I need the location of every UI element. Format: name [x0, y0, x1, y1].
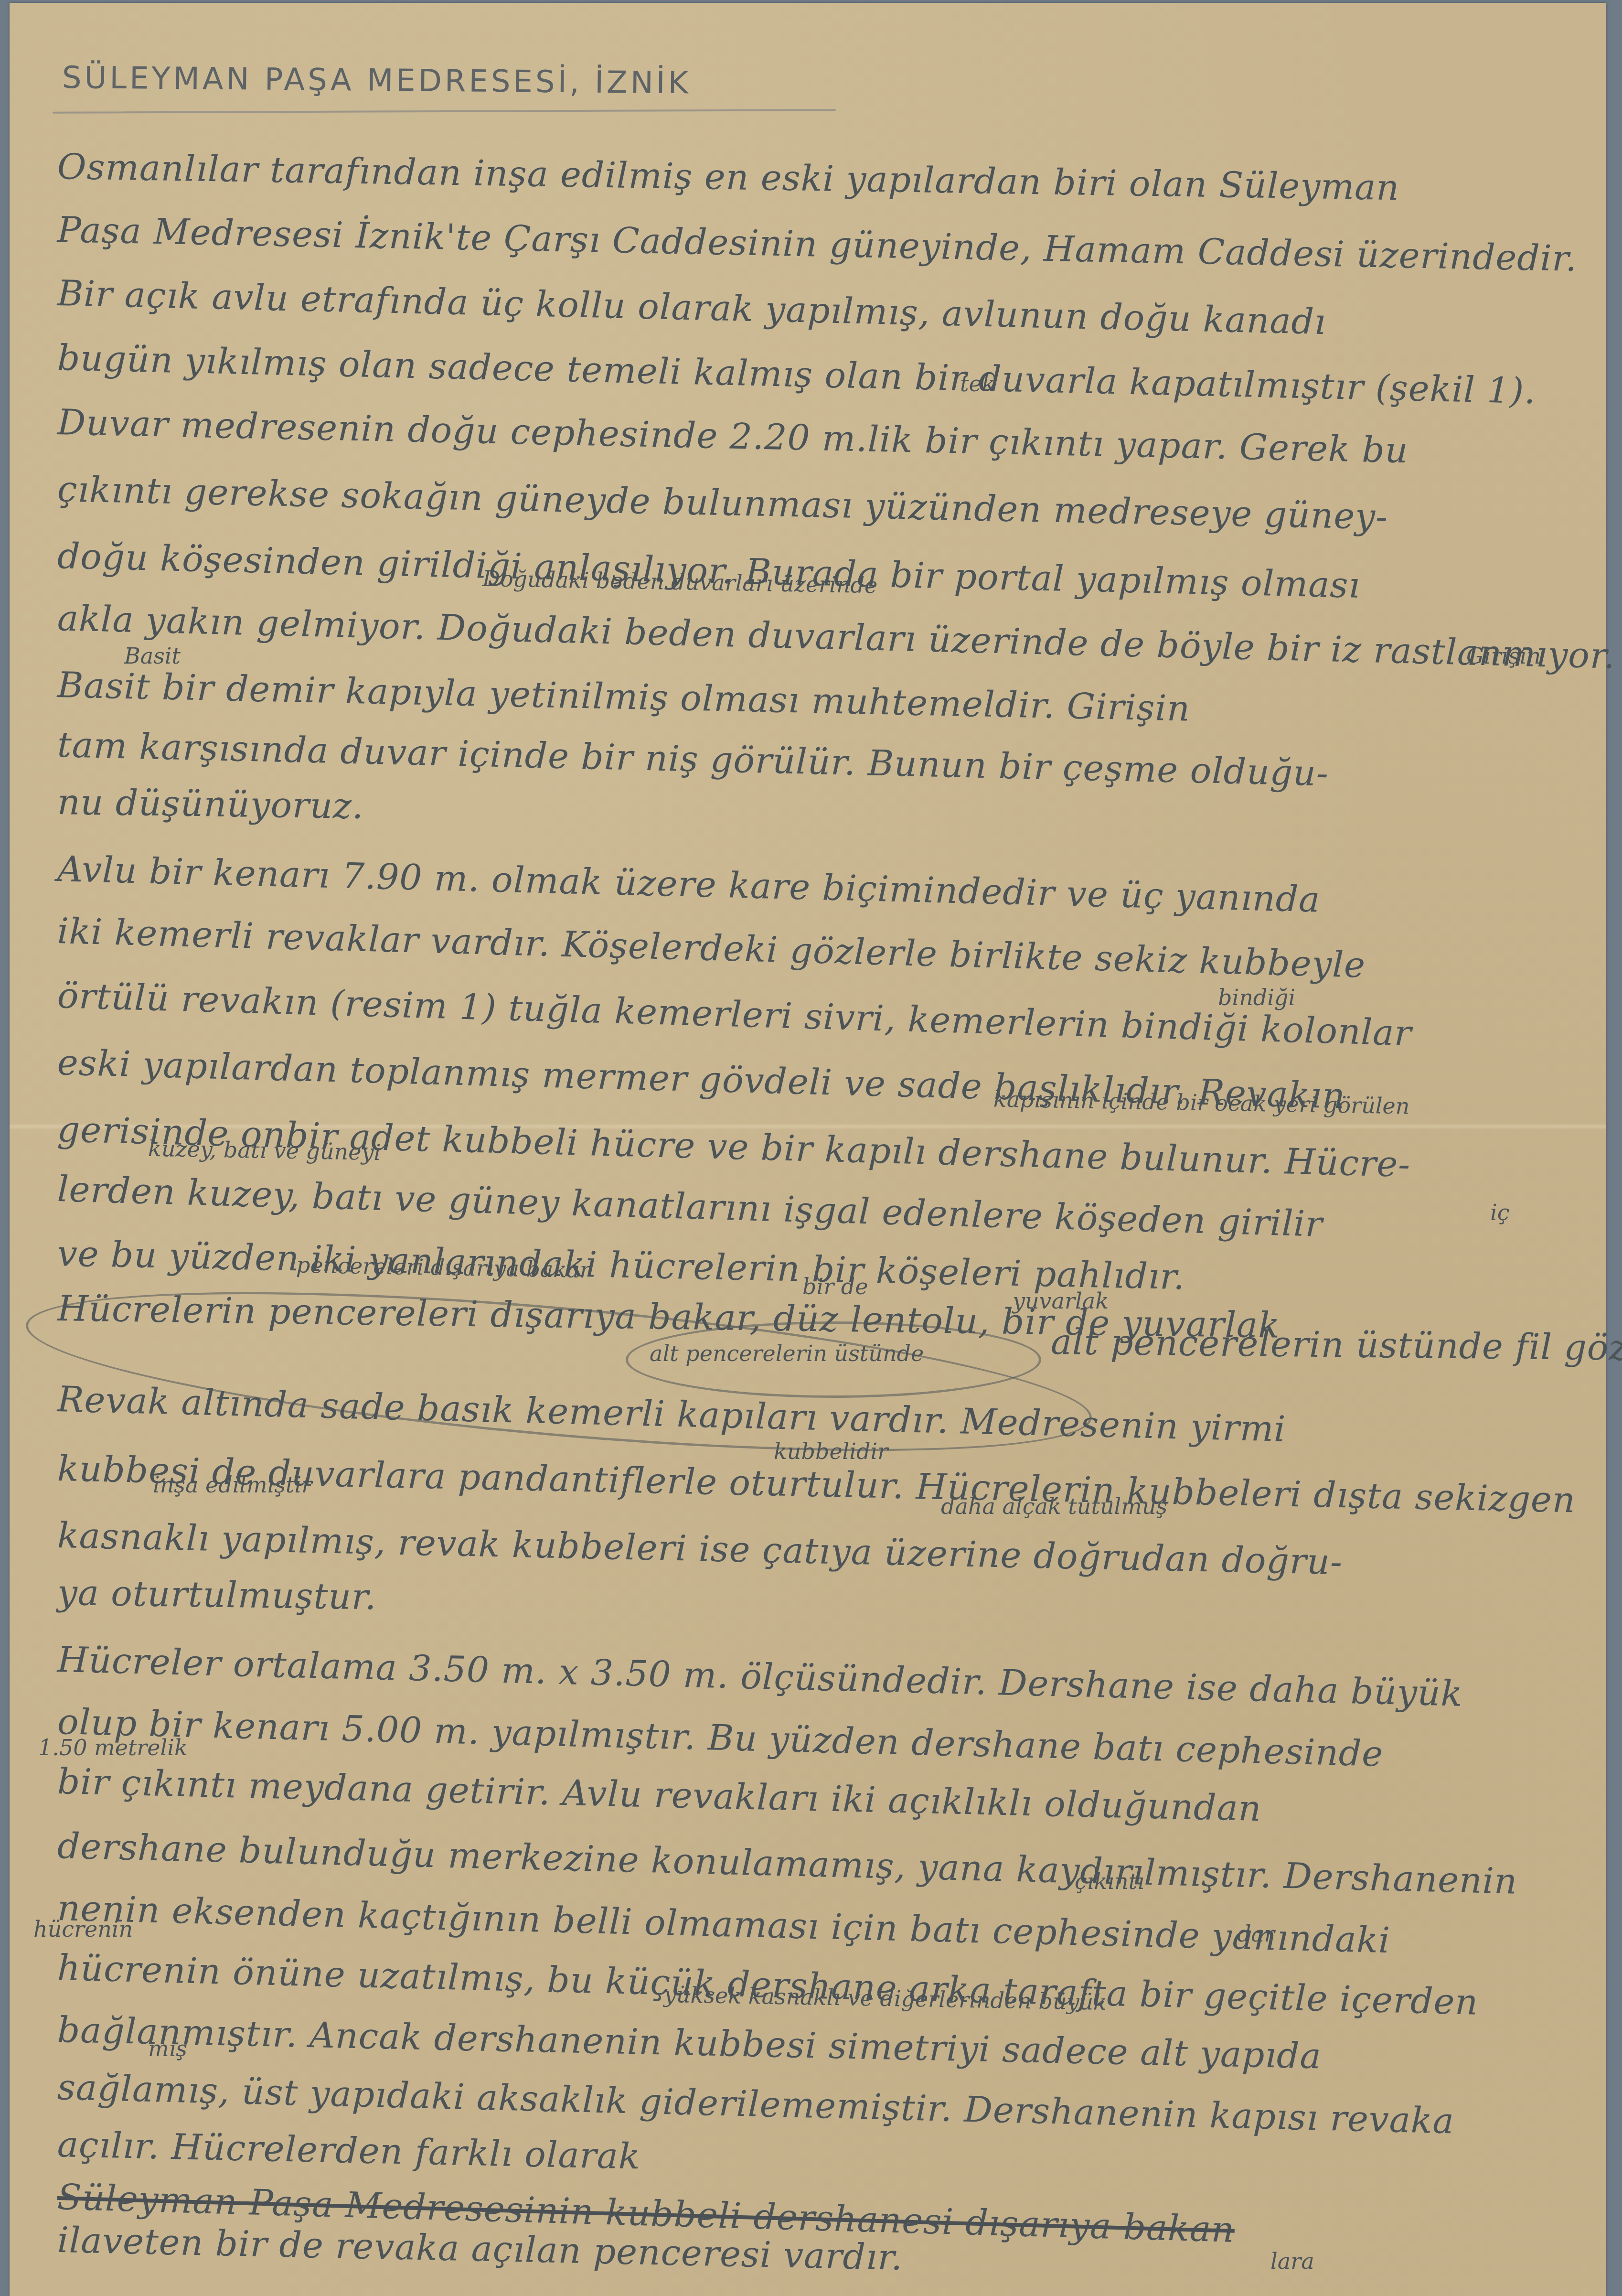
text-line: Osmanlılar tarafından inşa edilmiş en es… [57, 146, 1576, 211]
text-line: dershane bulunduğu merkezine konulamamış… [57, 1825, 1576, 1904]
insertion: daha alçak tutulmuş [941, 1493, 1167, 1519]
text-line: örtülü revakın (resim 1) tuğla kemerleri… [57, 975, 1576, 1059]
insertion: dar [1237, 1921, 1275, 1947]
insertion: mış [148, 2036, 187, 2061]
manuscript-page: SÜLEYMAN PAŞA MEDRESESİ, İZNİK Osmanlıla… [10, 3, 1606, 2296]
insertion: tek [960, 371, 995, 397]
insertion: hücrenin [33, 1916, 133, 1942]
text-line: Duvar medresenin doğu cephesinde 2.20 m.… [57, 402, 1576, 475]
insertion: çıkıntı [1075, 1868, 1144, 1894]
insertion: pencereleri dışarıya bakar [296, 1252, 591, 1283]
insertion: iç [1490, 1200, 1509, 1225]
insertion: Girişin [1466, 643, 1541, 669]
insertion: Basit [124, 643, 181, 669]
insertion: inşa edilmiştir [153, 1472, 312, 1498]
text-line: Paşa Medresesi İznik'te Çarşı Caddesinin… [57, 209, 1576, 279]
text-line: Basit bir demir kapıyla yetinilmiş olmas… [57, 665, 1576, 738]
text-line: çıkıntı gerekse sokağın güneyde bulunmas… [57, 469, 1576, 542]
text-line: Avlu bir kenarı 7.90 m. olmak üzere kare… [57, 848, 1576, 927]
insertion: bindiği [1218, 985, 1295, 1010]
text-line: alt pencerelerin üstünde fil gözü konulm… [1051, 1321, 1577, 1368]
page-title: SÜLEYMAN PAŞA MEDRESESİ, İZNİK [62, 60, 691, 101]
title-underline [53, 109, 836, 114]
insertion: kuzey, batı ve güneyi [148, 1136, 381, 1165]
text-line: bağlanmıştır. Ancak dershanenin kubbesi … [57, 2009, 1576, 2082]
text-line: iki kemerli revaklar vardır. Köşelerdeki… [57, 911, 1576, 991]
insertion: kubbelidir [774, 1438, 888, 1464]
text-line: akla yakın gelmiyor. Doğudaki beden duva… [57, 598, 1576, 676]
insertion: bir de [802, 1274, 868, 1299]
text-line: Hücreler ortalama 3.50 m. x 3.50 m. ölçü… [57, 1639, 1576, 1717]
circled-annotation [20, 1261, 1097, 1482]
insertion: 1.50 metrelik [38, 1735, 188, 1760]
text-line: Bir açık avlu etrafında üç kollu olarak … [57, 273, 1576, 348]
insertion: yuvarlak [1013, 1288, 1109, 1314]
text-line: bugün yıkılmış olan sadece temeli kalmış… [57, 337, 1576, 413]
